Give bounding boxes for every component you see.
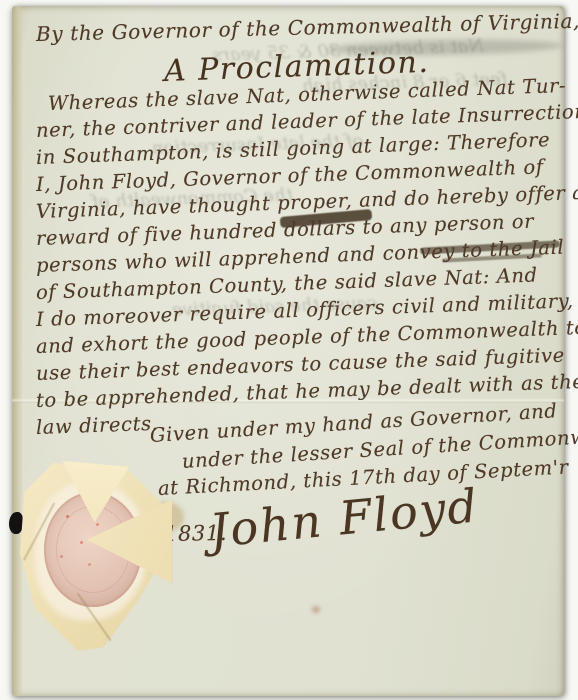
document-page: Nat is between 30 & 35 years feet 6 or 8…	[12, 6, 564, 696]
seal-wax-specks	[66, 515, 69, 518]
wax-seal	[20, 461, 172, 653]
stain	[312, 606, 320, 613]
body-line: law directs.	[36, 412, 159, 439]
scan-background: Nat is between 30 & 35 years feet 6 or 8…	[0, 0, 578, 700]
